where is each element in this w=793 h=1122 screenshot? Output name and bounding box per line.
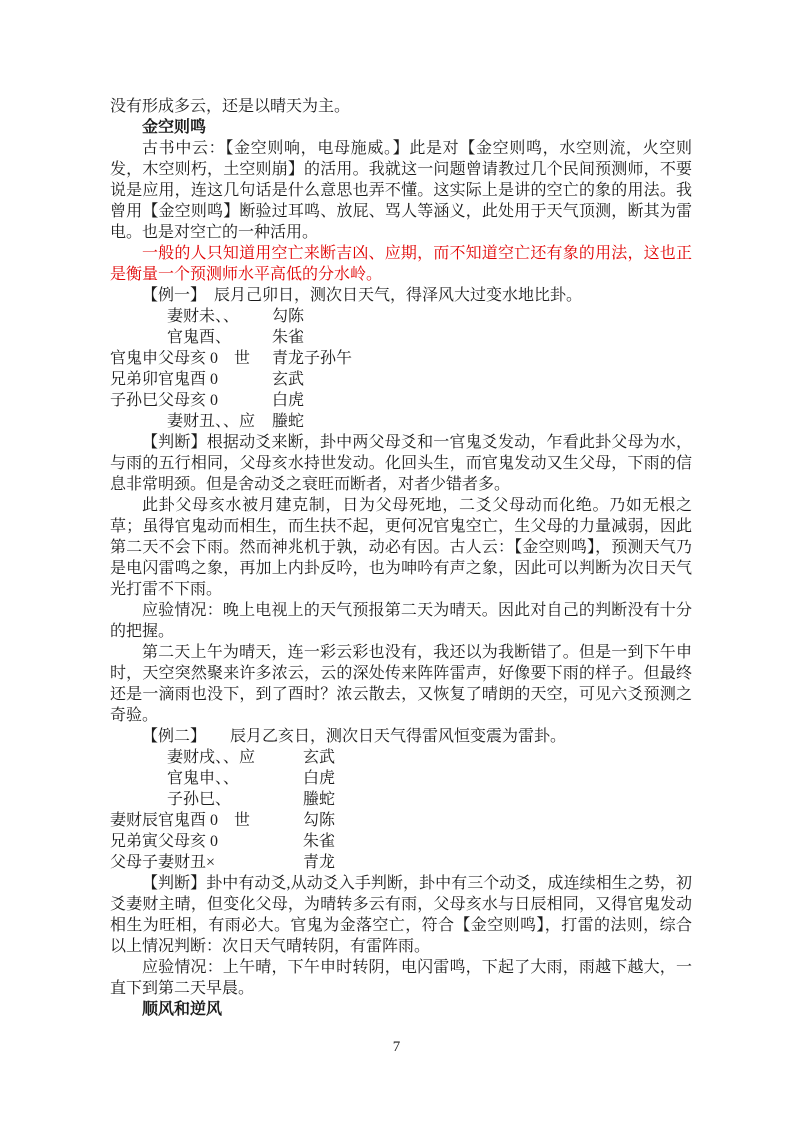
document-content: 没有形成多云，还是以晴天为主。金空则鸣古书中云：【金空则响，电母施威。】此是对【… bbox=[110, 96, 692, 1020]
section-heading: 金空则鸣 bbox=[110, 117, 692, 138]
paragraph: 没有形成多云，还是以晴天为主。 bbox=[110, 96, 692, 117]
paragraph: 【例一】 辰月己卯日，测次日天气，得泽风大过变水地比卦。 bbox=[110, 285, 692, 306]
hexagram-line-text: 兄弟卯官鬼酉 0 bbox=[110, 369, 272, 390]
hexagram-line-text: 兄弟寅父母亥 0 bbox=[110, 831, 303, 852]
six-god-label: 青龙 bbox=[303, 852, 335, 873]
hexagram-line: 妻财辰官鬼酉 0 世勾陈 bbox=[110, 810, 692, 831]
hexagram-line: 子孙巳、螣蛇 bbox=[110, 789, 692, 810]
paragraph: 【判断】根据动爻来断，卦中两父母爻和一官鬼爻发动，乍看此卦父母为水，与雨的五行相… bbox=[110, 432, 692, 495]
six-god-label: 螣蛇 bbox=[272, 411, 304, 432]
six-god-label: 勾陈 bbox=[303, 810, 335, 831]
six-god-label: 螣蛇 bbox=[303, 789, 335, 810]
hexagram-line: 父母子妻财丑×青龙 bbox=[110, 852, 692, 873]
hexagram-line-text: 妻财未、、 bbox=[110, 306, 272, 327]
hexagram-block: 妻财戌、、应玄武官鬼申、、白虎子孙巳、螣蛇妻财辰官鬼酉 0 世勾陈兄弟寅父母亥 … bbox=[110, 747, 692, 873]
page-number: 7 bbox=[393, 1039, 401, 1055]
paragraph: 【判断】卦中有动爻,从动爻入手判断，卦中有三个动爻，成连续相生之势，初爻妻财主晴… bbox=[110, 873, 692, 957]
paragraph: 此卦父母亥水被月建克制，日为父母死地，二爻父母动而化绝。乃如无根之草；虽得官鬼动… bbox=[110, 495, 692, 600]
hexagram-line: 兄弟寅父母亥 0朱雀 bbox=[110, 831, 692, 852]
hexagram-line: 妻财戌、、应玄武 bbox=[110, 747, 692, 768]
paragraph: 古书中云：【金空则响，电母施威。】此是对【金空则鸣，水空则流，火空则发，木空则朽… bbox=[110, 138, 692, 243]
six-god-label: 白虎 bbox=[272, 390, 304, 411]
hexagram-line: 官鬼酉、朱雀 bbox=[110, 327, 692, 348]
hexagram-line-text: 子孙巳、 bbox=[110, 789, 303, 810]
hexagram-line: 官鬼申父母亥 0 世青龙子孙午 bbox=[110, 348, 692, 369]
six-god-label: 青龙子孙午 bbox=[272, 348, 352, 369]
section-heading: 顺风和逆风 bbox=[110, 999, 692, 1020]
six-god-label: 勾陈 bbox=[272, 306, 304, 327]
six-god-label: 朱雀 bbox=[272, 327, 304, 348]
hexagram-line-text: 妻财辰官鬼酉 0 世 bbox=[110, 810, 303, 831]
hexagram-line-text: 妻财戌、、应 bbox=[110, 747, 303, 768]
paragraph: 【例二】 辰月乙亥日，测次日天气得雷风恒变震为雷卦。 bbox=[110, 726, 692, 747]
hexagram-line: 子孙巳父母亥 0白虎 bbox=[110, 390, 692, 411]
paragraph: 应验情况：上午晴，下午申时转阴，电闪雷鸣，下起了大雨，雨越下越大，一直下到第二天… bbox=[110, 957, 692, 999]
hexagram-line-text: 妻财丑、、应 bbox=[110, 411, 272, 432]
hexagram-line: 官鬼申、、白虎 bbox=[110, 768, 692, 789]
hexagram-line: 妻财丑、、应螣蛇 bbox=[110, 411, 692, 432]
paragraph: 第二天上午为晴天，连一彩云彩也没有，我还以为我断错了。但是一到下午申时，天空突然… bbox=[110, 642, 692, 726]
paragraph: 应验情况：晚上电视上的天气预报第二天为晴天。因此对自己的判断没有十分的把握。 bbox=[110, 600, 692, 642]
hexagram-line: 兄弟卯官鬼酉 0玄武 bbox=[110, 369, 692, 390]
paragraph: 一般的人只知道用空亡来断吉凶、应期，而不知道空亡还有象的用法，这也正是衡量一个预… bbox=[110, 243, 692, 285]
six-god-label: 白虎 bbox=[303, 768, 335, 789]
hexagram-line-text: 官鬼申父母亥 0 世 bbox=[110, 348, 272, 369]
six-god-label: 玄武 bbox=[303, 747, 335, 768]
hexagram-line-text: 父母子妻财丑× bbox=[110, 852, 303, 873]
hexagram-line-text: 子孙巳父母亥 0 bbox=[110, 390, 272, 411]
hexagram-line: 妻财未、、勾陈 bbox=[110, 306, 692, 327]
six-god-label: 玄武 bbox=[272, 369, 304, 390]
hexagram-line-text: 官鬼申、、 bbox=[110, 768, 303, 789]
page-footer: 7 bbox=[0, 1038, 793, 1056]
document-page: 没有形成多云，还是以晴天为主。金空则鸣古书中云：【金空则响，电母施威。】此是对【… bbox=[0, 0, 793, 1122]
six-god-label: 朱雀 bbox=[303, 831, 335, 852]
hexagram-block: 妻财未、、勾陈官鬼酉、朱雀官鬼申父母亥 0 世青龙子孙午兄弟卯官鬼酉 0玄武子孙… bbox=[110, 306, 692, 432]
hexagram-line-text: 官鬼酉、 bbox=[110, 327, 272, 348]
